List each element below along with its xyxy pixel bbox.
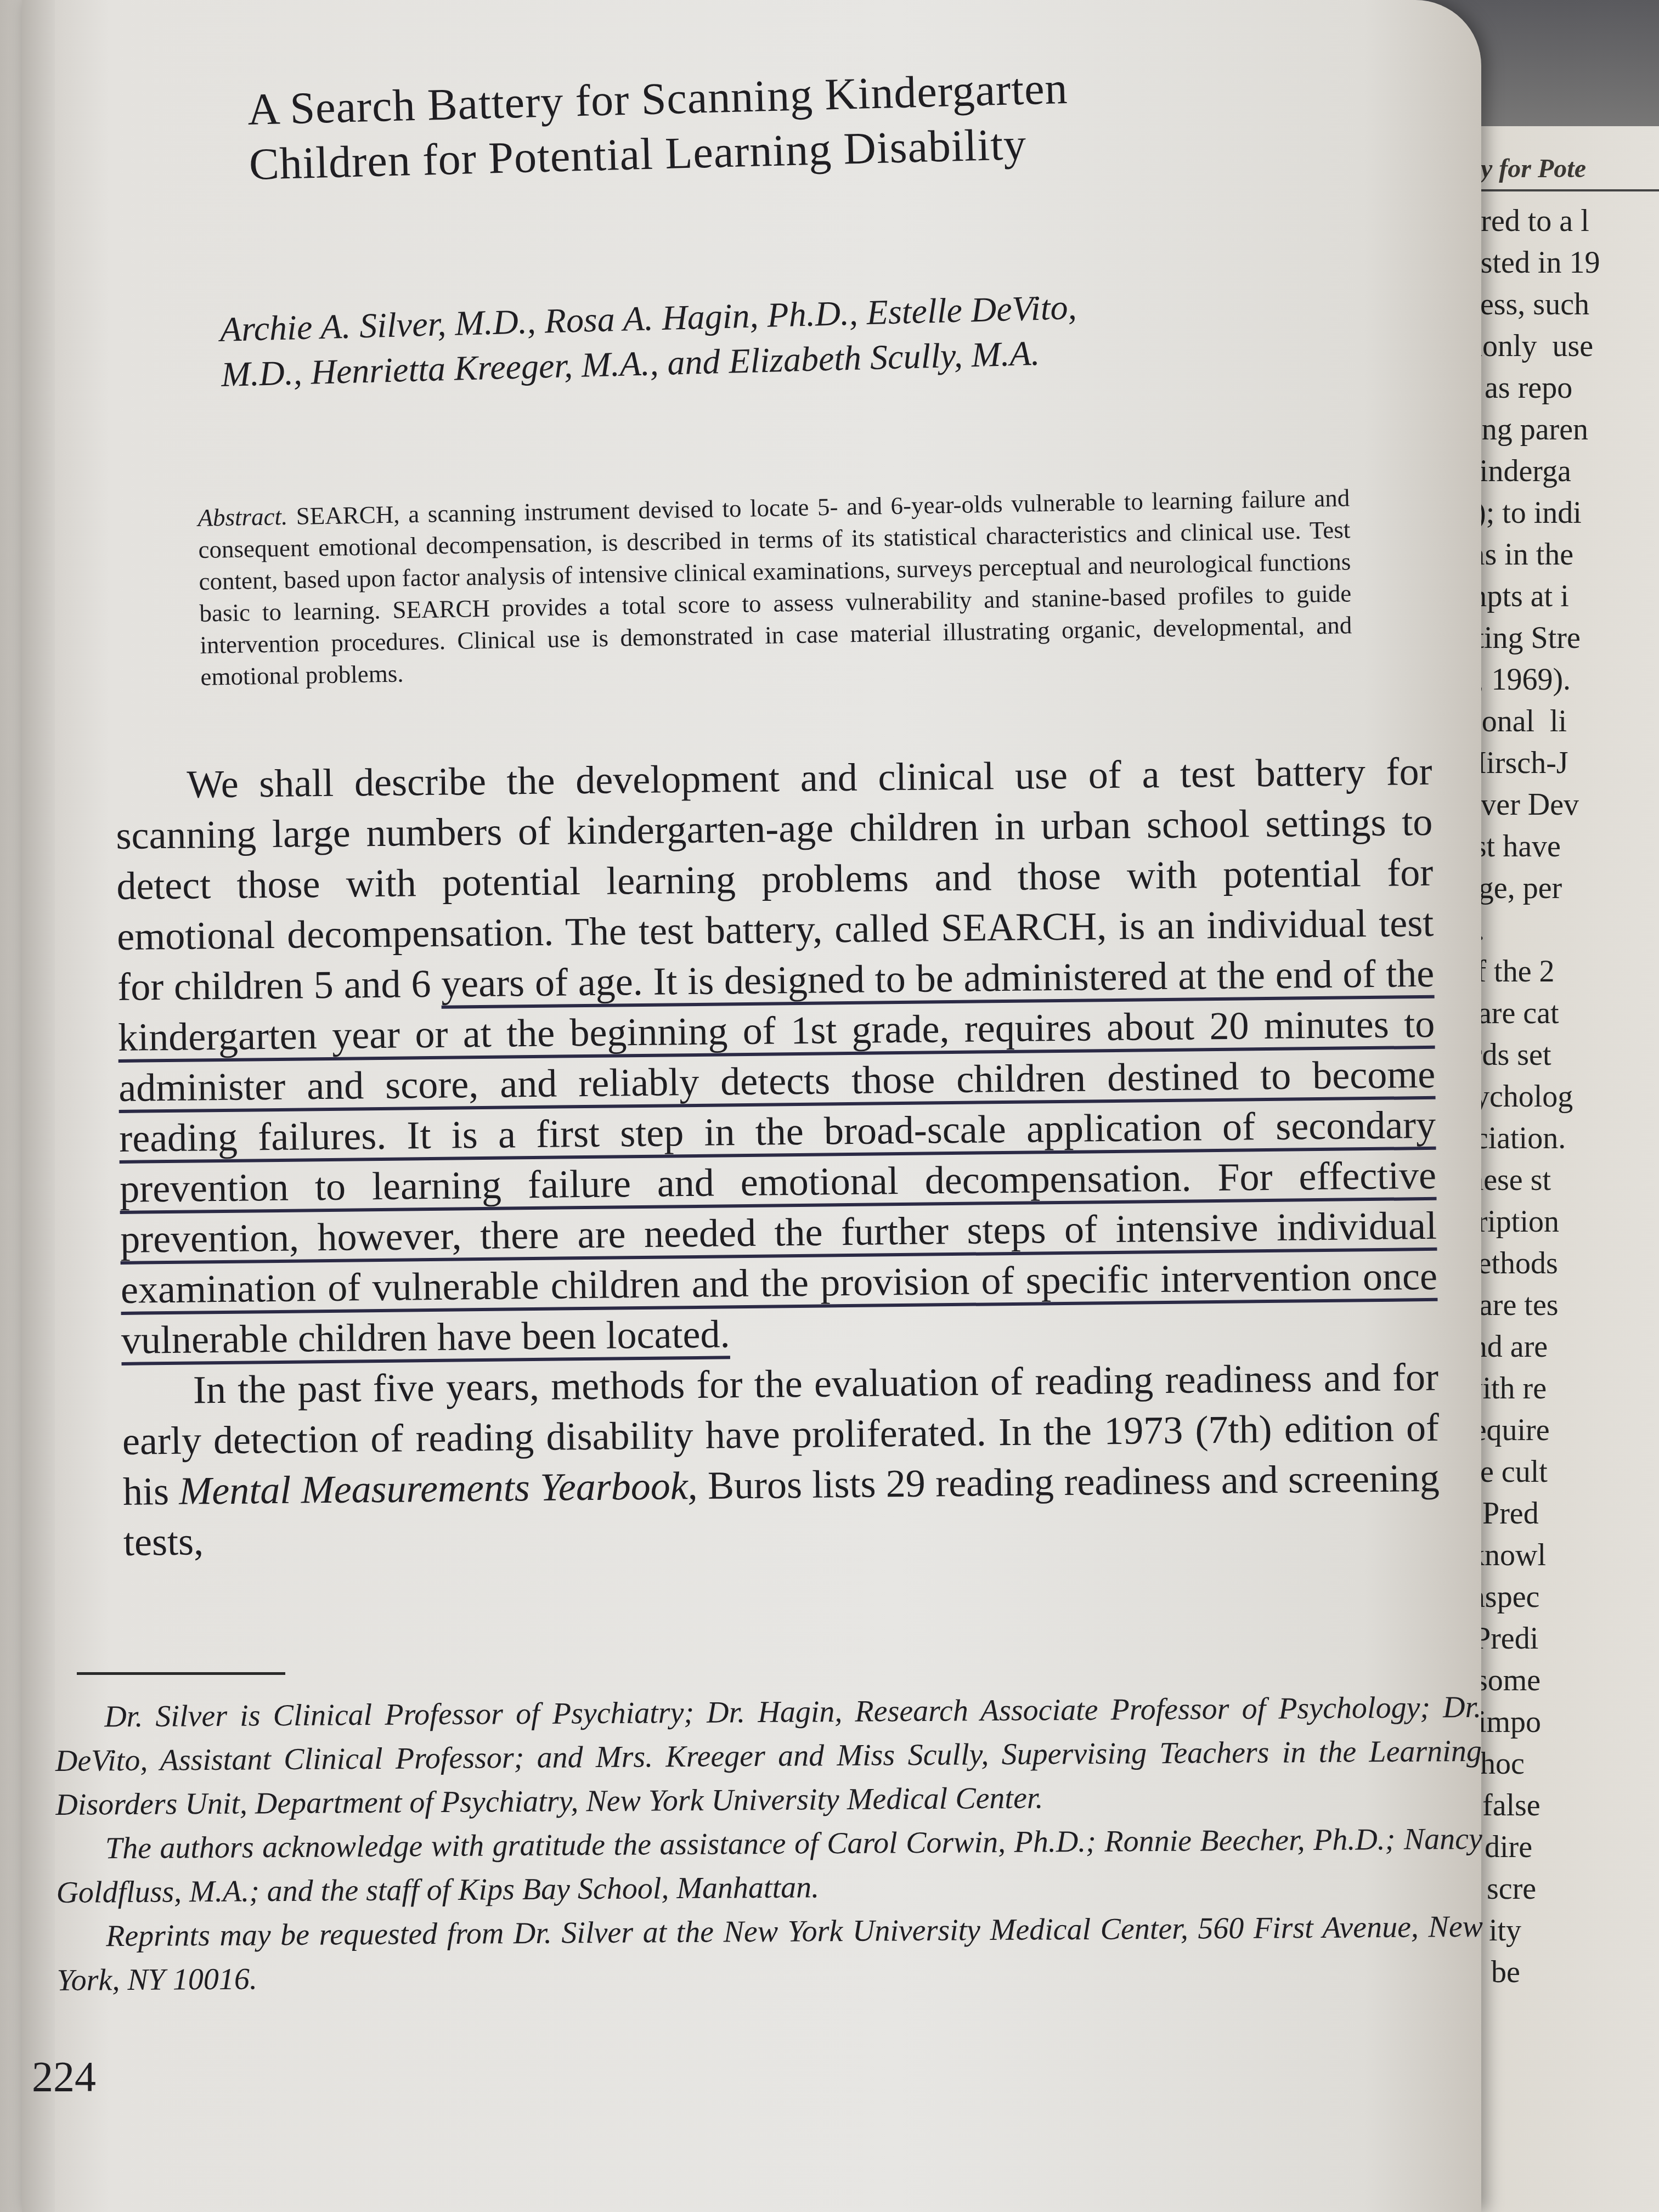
page-number: 224 — [32, 2052, 96, 2101]
footnote-affiliations: Dr. Silver is Clinical Professor of Psyc… — [55, 1685, 1482, 1827]
abstract-text: SEARCH, a scanning instrument devised to… — [198, 484, 1352, 691]
footnote-reprints: Reprints may be requested from Dr. Silve… — [57, 1905, 1483, 2002]
footnote-divider — [77, 1672, 285, 1675]
left-page: A Search Battery for Scanning Kindergart… — [22, 0, 1481, 2212]
footnotes: Dr. Silver is Clinical Professor of Psyc… — [55, 1685, 1483, 2002]
book-title-italic: Mental Measurements Yearbook, — [179, 1464, 698, 1513]
author-list: Archie A. Silver, M.D., Rosa A. Hagin, P… — [219, 278, 1346, 397]
pen-underlined-passage: years of age. It is designed to be admin… — [118, 951, 1438, 1362]
footnote-acknowledgments: The authors acknowledge with gratitude t… — [56, 1817, 1483, 1915]
abstract-label: Abstract. — [198, 503, 288, 532]
article-body: We shall describe the development and cl… — [115, 746, 1440, 1567]
previous-page-edge — [22, 0, 55, 2212]
abstract: Abstract. SEARCH, a scanning instrument … — [198, 482, 1353, 693]
article-title: A Search Battery for Scanning Kindergart… — [247, 54, 1319, 192]
body-paragraph-2: In the past five years, methods for the … — [122, 1352, 1441, 1567]
body-paragraph-1: We shall describe the development and cl… — [115, 746, 1438, 1365]
